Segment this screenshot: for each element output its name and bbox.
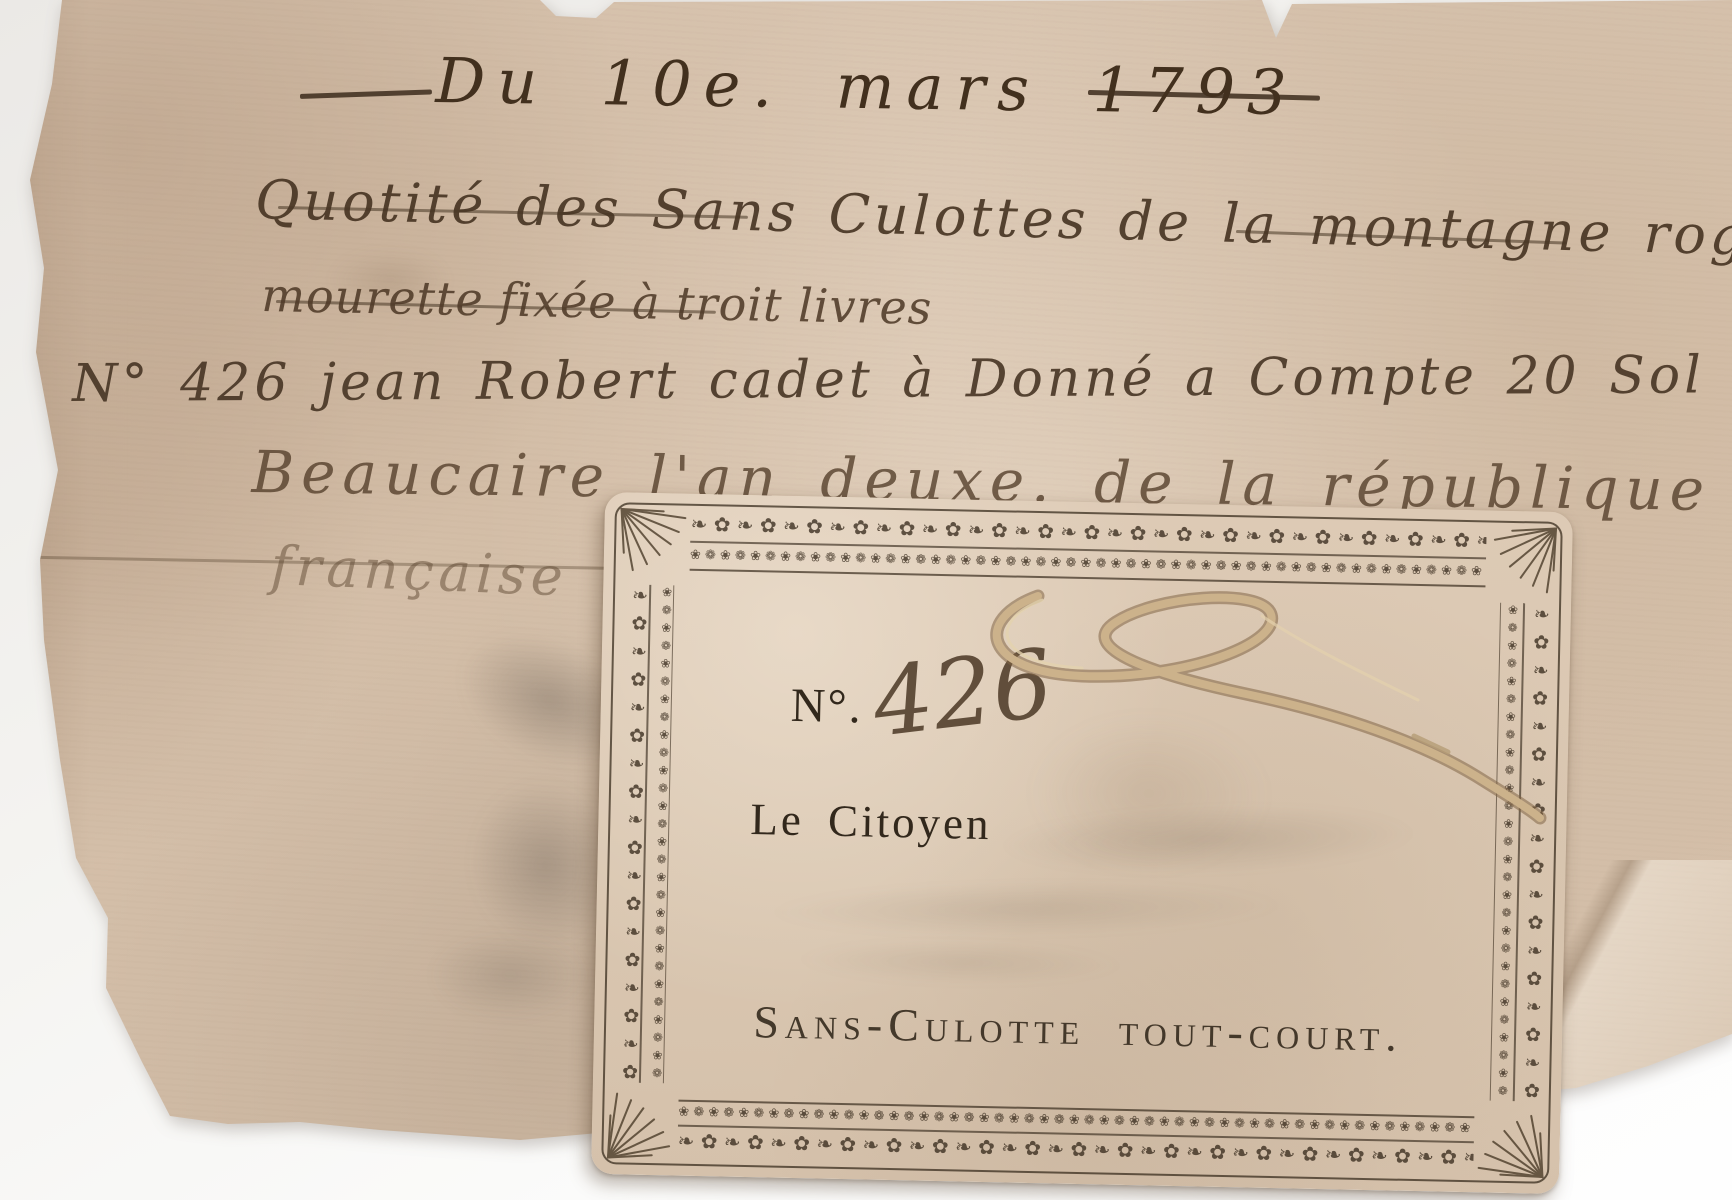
card-number-handwritten: 426 — [867, 629, 1058, 758]
scanned-document-scene: Du 10e. mars 1793 Quotité des Sans Culot… — [0, 0, 1732, 1200]
sunburst-corner-icon — [1469, 1102, 1549, 1182]
ink-blot — [430, 930, 590, 1020]
sunburst-corner-icon — [1481, 522, 1561, 602]
manuscript-line: N° 426 jean Robert cadet à Donné a Compt… — [72, 344, 1732, 414]
sunburst-corner-icon — [615, 504, 695, 584]
card-citizen-label: Le Citoyen — [750, 793, 992, 850]
sunburst-corner-icon — [603, 1084, 683, 1164]
manuscript-date-line: Du 10e. mars 1793 — [435, 44, 1299, 129]
membership-card: ❧ ✿ ❧ ✿ ❧ ✿ ❧ ✿ ❧ ✿ ❧ ✿ ❧ ✿ ❧ ✿ ❧ ✿ ❧ ✿ … — [591, 492, 1573, 1194]
card-number-label: N°. — [790, 678, 863, 734]
manuscript-line: française — [270, 534, 569, 608]
